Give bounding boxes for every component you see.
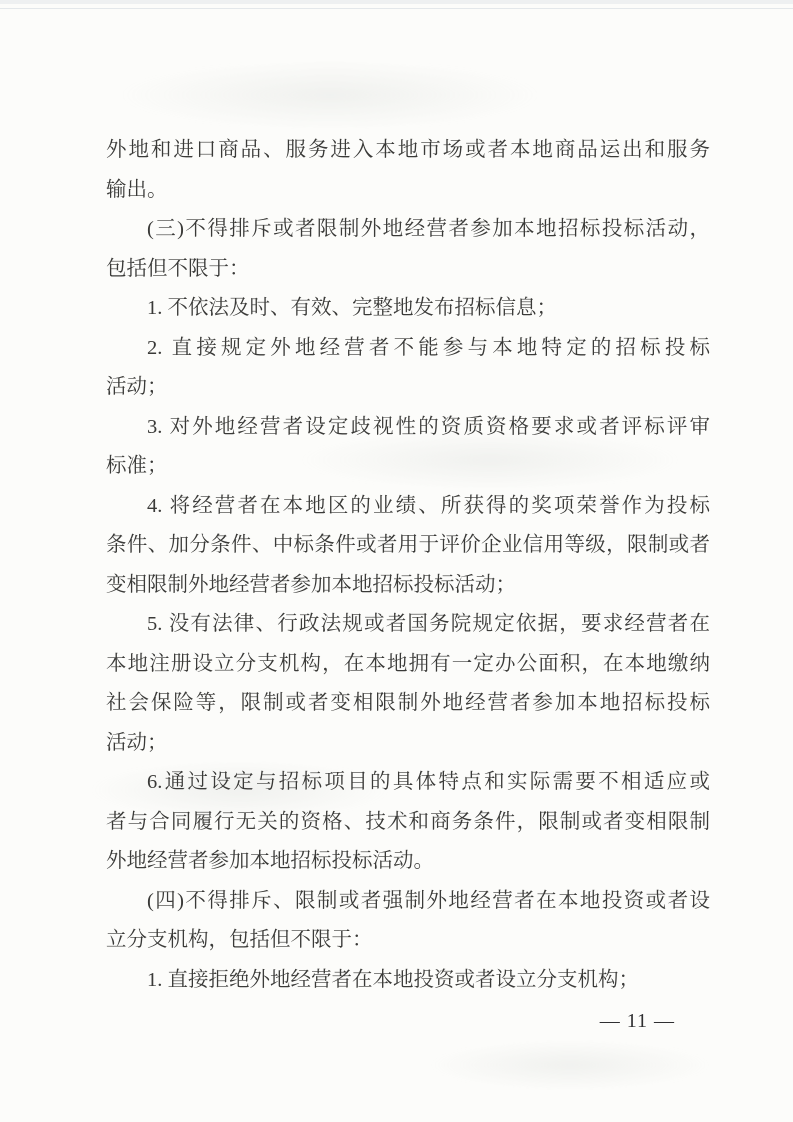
text-line: 2. 直接规定外地经营者不能参与本地特定的招标投标 [106, 329, 710, 369]
text-line: 6.通过设定与招标项目的具体特点和实际需要不相适应或 [106, 763, 710, 803]
text-line: (三)不得排斥或者限制外地经营者参加本地招标投标活动， [106, 210, 710, 250]
text-line: 5. 没有法律、行政法规或者国务院规定依据，要求经营者在 [106, 605, 710, 645]
text-line: 立分支机构，包括但不限于： [106, 921, 710, 961]
text-line: 外地经营者参加本地招标投标活动。 [106, 842, 710, 882]
text-line: 本地注册设立分支机构，在本地拥有一定办公面积，在本地缴纳 [106, 645, 710, 685]
text-line: 标准； [106, 447, 710, 487]
text-line: 变相限制外地经营者参加本地招标投标活动； [106, 566, 710, 606]
text-line: 1. 不依法及时、有效、完整地发布招标信息； [106, 289, 710, 329]
scan-top-line [0, 8, 793, 9]
text-line: 活动； [106, 724, 710, 764]
text-line: 者与合同履行无关的资格、技术和商务条件，限制或者变相限制 [106, 803, 710, 843]
text-block: 外地和进口商品、服务进入本地市场或者本地商品运出和服务 输出。 (三)不得排斥或… [106, 131, 710, 1000]
text-line: 3. 对外地经营者设定歧视性的资质资格要求或者评标评审 [106, 408, 710, 448]
text-line: 4. 将经营者在本地区的业绩、所获得的奖项荣誉作为投标 [106, 487, 710, 527]
scan-artifact [430, 1040, 710, 1090]
text-line: (四)不得排斥、限制或者强制外地经营者在本地投资或者设 [106, 882, 710, 922]
text-line: 输出。 [106, 171, 710, 211]
scan-top-band [0, 0, 793, 4]
text-line: 外地和进口商品、服务进入本地市场或者本地商品运出和服务 [106, 131, 710, 171]
text-line: 活动； [106, 368, 710, 408]
text-line: 1. 直接拒绝外地经营者在本地投资或者设立分支机构； [106, 961, 710, 1001]
document-page: 外地和进口商品、服务进入本地市场或者本地商品运出和服务 输出。 (三)不得排斥或… [0, 0, 793, 1122]
text-line: 包括但不限于： [106, 250, 710, 290]
scan-artifact [120, 60, 540, 130]
page-number: — 11 — [600, 1004, 675, 1038]
text-line: 条件、加分条件、中标条件或者用于评价企业信用等级，限制或者 [106, 526, 710, 566]
text-line: 社会保险等，限制或者变相限制外地经营者参加本地招标投标 [106, 684, 710, 724]
